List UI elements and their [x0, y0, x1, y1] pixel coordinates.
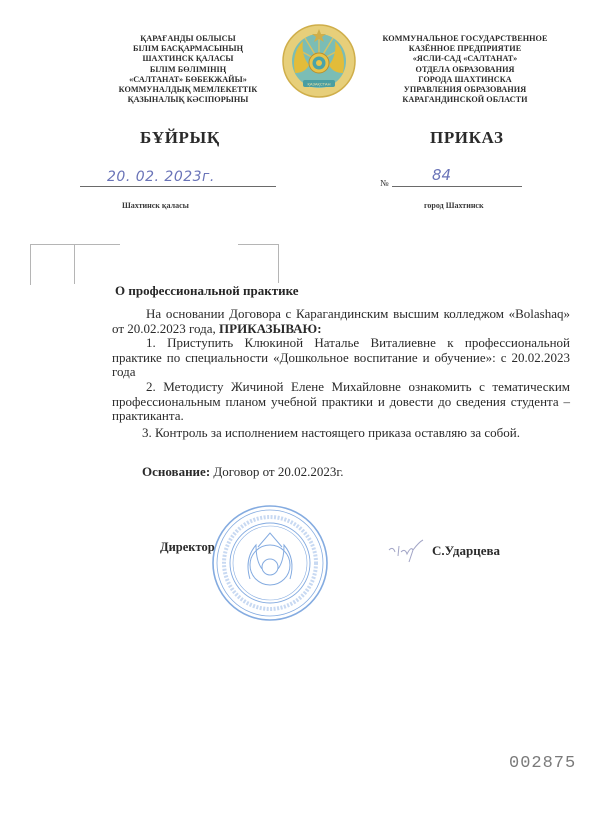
- handwritten-signature-icon: [383, 536, 431, 566]
- header-line: ҚАРАҒАНДЫ ОБЛЫСЫ: [108, 34, 268, 44]
- order-item-2: 2. Методисту Жичиной Елене Михайловне оз…: [112, 380, 570, 424]
- number-label: №: [380, 178, 389, 188]
- header-line: КАЗЁННОЕ ПРЕДПРИЯТИЕ: [375, 44, 555, 54]
- header-line: БІЛІМ БӨЛІМІНІҢ: [108, 65, 268, 75]
- header-line: БІЛІМ БАСҚАРМАСЫНЫҢ: [108, 44, 268, 54]
- corner-bracket-right: [238, 244, 279, 283]
- handwritten-date: 20. 02. 2023г.: [107, 169, 215, 185]
- signatory-position: Директор: [160, 540, 215, 555]
- order-basis: Основание: Договор от 20.02.2023г.: [142, 464, 343, 480]
- header-line: КАРАГАНДИНСКОЙ ОБЛАСТИ: [375, 95, 555, 105]
- order-intro: На основании Договора с Карагандинским в…: [112, 307, 570, 336]
- document-title-kz: БҰЙРЫҚ: [140, 128, 220, 148]
- header-line: ШАХТИНСК ҚАЛАСЫ: [108, 54, 268, 64]
- header-line: «ЯСЛИ-САД «САЛТАНАТ»: [375, 54, 555, 64]
- number-underline: [392, 186, 522, 187]
- intro-command: ПРИКАЗЫВАЮ:: [219, 321, 322, 336]
- emblem-label: ҚАЗАҚСТАН: [308, 82, 331, 87]
- order-item-1: 1. Приступить Клюкиной Наталье Виталиевн…: [112, 336, 570, 380]
- header-line: КОММУНАЛДЫҚ МЕМЛЕКЕТТІК: [108, 85, 268, 95]
- header-line: ОТДЕЛА ОБРАЗОВАНИЯ: [375, 65, 555, 75]
- header-org-ru: КОММУНАЛЬНОЕ ГОСУДАРСТВЕННОЕ КАЗЁННОЕ ПР…: [375, 34, 555, 105]
- city-ru: город Шахтинск: [424, 201, 484, 210]
- corner-bracket-left-top: [74, 244, 120, 245]
- corner-bracket-left: [30, 244, 75, 285]
- signatory-name: С.Ударцева: [432, 543, 500, 559]
- header-line: «САЛТАНАТ» БӨБЕКЖАЙЫ»: [108, 75, 268, 85]
- basis-label: Основание:: [142, 464, 210, 479]
- city-kz: Шахтинск қаласы: [122, 201, 189, 210]
- handwritten-order-number: 84: [432, 166, 451, 184]
- header-line: КОММУНАЛЬНОЕ ГОСУДАРСТВЕННОЕ: [375, 34, 555, 44]
- order-item-3: 3. Контроль за исполнением настоящего пр…: [112, 426, 570, 441]
- header-line: ҚАЗЫНАЛЫҚ КӘСІПОРЫНЫ: [108, 95, 268, 105]
- basis-text: Договор от 20.02.2023г.: [210, 464, 343, 479]
- order-body: На основании Договора с Карагандинским в…: [112, 307, 570, 440]
- serial-number: 002875: [509, 754, 576, 773]
- header-org-kz: ҚАРАҒАНДЫ ОБЛЫСЫ БІЛІМ БАСҚАРМАСЫНЫҢ ШАХ…: [108, 34, 268, 105]
- header-line: ГОРОДА ШАХТИНСКА: [375, 75, 555, 85]
- document-title-ru: ПРИКАЗ: [430, 128, 504, 148]
- organization-seal-icon: [206, 503, 334, 623]
- intro-text: На основании Договора с Карагандинским в…: [112, 306, 570, 336]
- header-line: УПРАВЛЕНИЯ ОБРАЗОВАНИЯ: [375, 85, 555, 95]
- corner-bracket-left-inner: [74, 244, 75, 284]
- state-emblem-icon: ҚАЗАҚСТАН: [281, 23, 357, 99]
- order-subject: О профессиональной практике: [115, 283, 299, 299]
- date-underline: [80, 186, 276, 187]
